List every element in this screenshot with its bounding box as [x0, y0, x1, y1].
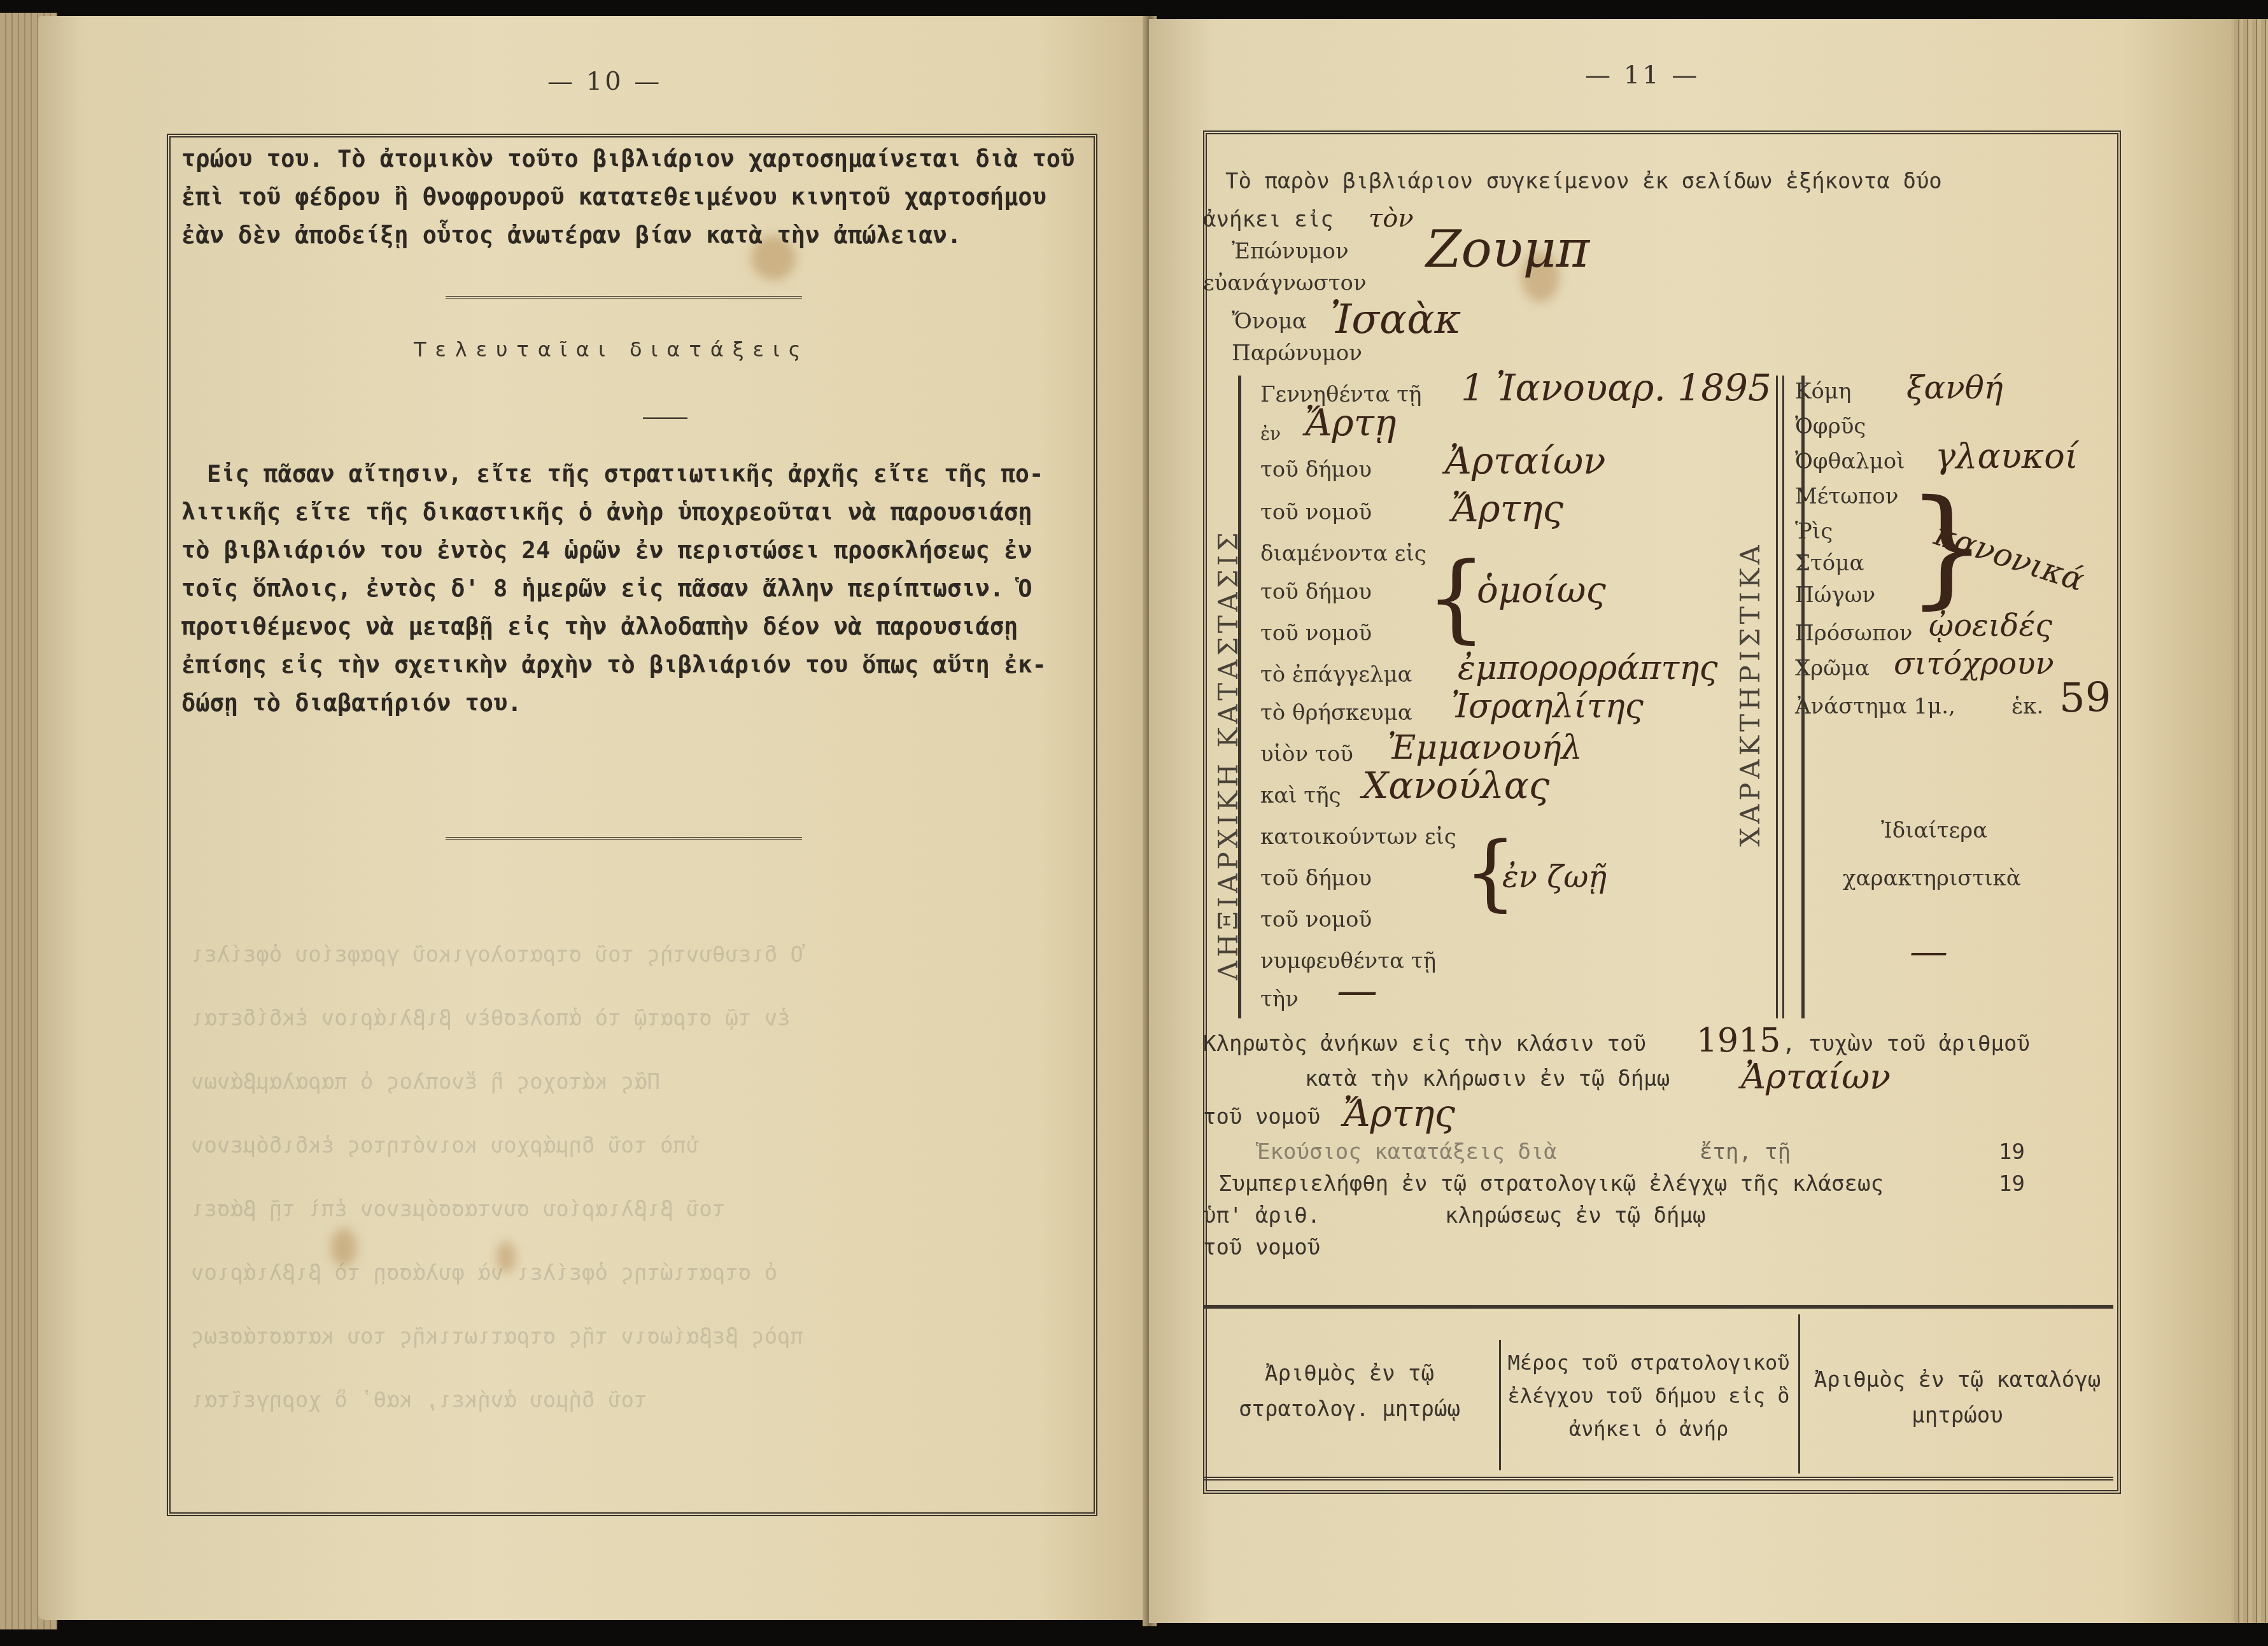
lottery-line-1-tail: , τυχὼν τοῦ ἀριθμοῦ [1782, 1031, 2030, 1057]
lottery-line-5: Συμπεριελήφθη ἐν τῷ στρατολογικῷ ἐλέγχῳ … [1219, 1171, 1884, 1197]
column-divider [1776, 376, 1778, 1018]
bleed-through-text: ὁ στρατιώτης ὀφείλει νὰ φυλάσσῃ τὸ βιβλι… [191, 1260, 777, 1286]
footer-column-divider [1499, 1340, 1501, 1470]
footer-col-3: Ἀριθμὸς ἐν τῷ καταλόγῳ μητρώου [1808, 1362, 2107, 1433]
open-booklet: — 10 — τρώου του. Τὸ ἀτομικὸν τοῦτο βιβλ… [0, 0, 2268, 1646]
special-features-label-1: Ἰδιαίτερα [1881, 818, 1987, 843]
belongs-label: ἀνήκει εἰς [1203, 207, 1334, 232]
text-line: δώσῃ τὸ διαβατήριόν του. [181, 684, 1079, 722]
class-year-value: 1915 [1696, 1022, 1780, 1060]
nickname-label: Παρώνυμον [1232, 341, 1362, 366]
bleed-through-text: Πᾶς κάτοχος ἢ ἔνοπλος ὁ παραλαμβάνων [191, 1069, 660, 1095]
text-line: τὸ βιβλιάριόν του ἐντὸς 24 ὡρῶν ἐν περισ… [181, 531, 1079, 570]
label-forehead: Μέτωπον [1795, 484, 1898, 509]
text-line: ἐπὶ τοῦ φέδρου ἢ θνοφρουροῦ κατατεθειμέν… [181, 178, 1079, 216]
label-profession: τὸ ἐπάγγελμα [1260, 662, 1412, 687]
lottery-line-1: Κληρωτὸς ἀνήκων εἰς τὴν κλάσιν τοῦ [1203, 1031, 1646, 1057]
value-municipality-3: ἐν ζωῇ [1502, 859, 1607, 895]
lottery-line-4-year: 19 [1999, 1139, 2025, 1165]
special-features-label-2: χαρακτηριστικὰ [1843, 866, 2021, 891]
bleed-through-text: πρὸς βεβαίωσιν τῆς στρατιωτικῆς του κατα… [191, 1324, 803, 1349]
label-residing-parents: κατοικούντων εἰς [1260, 824, 1456, 850]
label-prefecture-3: τοῦ νομοῦ [1260, 907, 1372, 932]
value-spouse: — [1337, 967, 1377, 1015]
label-municipality-3: τοῦ δήμου [1260, 866, 1372, 891]
footer-col-1: Ἀριθμὸς ἐν τῷ στρατολογ. μητρώῳ [1209, 1356, 1490, 1427]
label-residing: διαμένοντα εἰς [1260, 541, 1426, 566]
value-prefecture: Ἄρτης [1451, 487, 1563, 530]
intro-text: Τὸ παρὸν βιβλιάριον συγκείμενον ἐκ σελίδ… [1225, 169, 1942, 194]
bleed-through-text: ὑπὸ τοῦ δημάρχου κοινότητος ἐκδιδόμενον [191, 1133, 699, 1158]
label-prefecture-2: τοῦ νομοῦ [1260, 621, 1372, 646]
value-municipality-2: ὁμοίως [1477, 570, 1606, 611]
label-hair: Κόμη [1795, 379, 1851, 404]
value-complexion: σιτόχρουν [1894, 646, 2054, 682]
short-rule [643, 417, 687, 419]
label-son-of: υἱὸν τοῦ [1260, 742, 1353, 767]
label-height: Ἀνάστημα 1μ., [1795, 694, 1955, 719]
value-eyes: γλαυκοί [1935, 436, 2078, 476]
page-number-right: — 11 — [1585, 60, 1700, 90]
label-nose: Ῥὶς [1795, 519, 1833, 544]
lottery-line-4-mid: ἔτη, τῇ [1700, 1139, 1791, 1165]
civil-status-vertical-label: ΛΗΞΙΑΡΧΙΚΗ ΚΑΤΑΣΤΑΣΙΣ [1213, 528, 1244, 980]
belongs-value: τὸν [1369, 204, 1414, 233]
value-municipality: Ἀρταίων [1445, 439, 1606, 482]
decorative-rule [446, 837, 802, 840]
label-beard: Πώγων [1795, 582, 1875, 608]
label-eyes: Ὀφθαλμοὶ [1795, 449, 1905, 474]
label-face: Πρόσωπον [1795, 621, 1913, 646]
special-features-value: — [1910, 929, 1948, 974]
value-height: 59 [2059, 675, 2111, 722]
text-line: λιτικῆς εἴτε τῆς δικαστικῆς ὁ ἀνὴρ ὑποχρ… [181, 493, 1079, 531]
value-in: Ἄρτῃ [1305, 401, 1397, 444]
lottery-line-7: τοῦ νομοῦ [1203, 1235, 1320, 1260]
page-number-left: — 10 — [547, 67, 662, 96]
label-in: ἐν [1260, 423, 1281, 444]
bleed-through-text: Ὁ διευθυντὴς τοῦ στρατολογικοῦ γραφείου … [191, 942, 803, 967]
characteristics-vertical-label: ΧΑΡΑΚΤΗΡΙΣΤΙΚΑ [1735, 541, 1766, 847]
bleed-through-text: τοῦ βιβλιαρίου συντασσόμενον ἐπὶ τῇ βάσε… [191, 1197, 725, 1222]
decorative-rule [446, 296, 802, 299]
left-intro-paragraph: τρώου του. Τὸ ἀτομικὸν τοῦτο βιβλιάριον … [181, 140, 1079, 255]
footer-column-divider [1798, 1314, 1800, 1474]
label-height-cm: ἑκ. [2011, 694, 2043, 719]
legible-label: εὐανάγνωστον [1203, 271, 1367, 296]
label-religion: τὸ θρήσκευμα [1260, 700, 1412, 726]
text-line: τρώου του. Τὸ ἀτομικὸν τοῦτο βιβλιάριον … [181, 140, 1079, 178]
label-prefecture: τοῦ νομοῦ [1260, 500, 1372, 525]
value-mother: Χανούλας [1362, 764, 1549, 807]
lottery-line-2: κατὰ τὴν κλήρωσιν ἐν τῷ δήμῳ [1305, 1066, 1670, 1092]
text-line: ἐπίσης εἰς τὴν σχετικὴν ἀρχὴν τὸ βιβλιάρ… [181, 646, 1079, 684]
name-value: Ἰσαὰκ [1330, 296, 1461, 343]
label-to: τὴν [1260, 987, 1299, 1012]
value-born: 1 Ἰανουαρ. 1895 [1461, 366, 1771, 409]
bleed-through-text: τοῦ δήμου ἀνήκει, καθ᾽ ὃ χορηγεῖται [191, 1388, 647, 1413]
lottery-line-6-mid: κληρώσεως ἐν τῷ δήμῳ [1445, 1203, 1705, 1228]
left-body-paragraph: Εἰς πᾶσαν αἴτησιν, εἴτε τῆς στρατιωτικῆς… [181, 455, 1079, 722]
value-face: ᾠοειδές [1929, 608, 2052, 644]
section-title: Τελευταῖαι διατάξεις [414, 337, 809, 362]
lottery-prefecture-value: Ἄρτης [1343, 1092, 1455, 1135]
surname-label: Ἐπώνυμον [1232, 239, 1349, 264]
text-line: προτιθέμενος νὰ μεταβῇ εἰς τὴν ἀλλοδαπὴν… [181, 608, 1079, 646]
lottery-municipality-value: Ἀρταίων [1741, 1057, 1891, 1097]
footer-table-bottom-rule [1203, 1477, 2113, 1481]
lottery-line-6: ὑπ' ἀριθ. [1203, 1203, 1320, 1228]
label-municipality-2: τοῦ δήμου [1260, 579, 1372, 605]
value-father: Ἐμμανουήλ [1388, 729, 1582, 767]
footer-table-top-rule [1203, 1305, 2113, 1309]
value-hair: ξανθή [1906, 369, 2003, 406]
label-eyebrows: Ὀφρῦς [1795, 414, 1866, 439]
label-complexion: Χρῶμα [1795, 656, 1870, 681]
label-municipality: τοῦ δήμου [1260, 457, 1372, 482]
label-and-of: καὶ τῆς [1260, 783, 1341, 808]
lottery-line-4: Ἑκούσιος κατατάξεις διὰ [1257, 1139, 1557, 1165]
name-label: Ὄνομα [1232, 309, 1307, 334]
surname-value: Ζουμπ [1426, 220, 1589, 279]
value-religion: Ἰσραηλίτης [1451, 687, 1644, 726]
value-profession: ἐμπορορράπτης [1458, 649, 1718, 687]
lottery-line-3: τοῦ νομοῦ [1203, 1104, 1320, 1130]
text-line: Εἰς πᾶσαν αἴτησιν, εἴτε τῆς στρατιωτικῆς… [181, 455, 1079, 493]
text-line: ἐὰν δὲν ἀποδείξῃ οὗτος ἀνωτέραν βίαν κατ… [181, 216, 1079, 255]
text-line: τοῖς ὅπλοις, ἐντὸς δ' 8 ἡμερῶν εἰς πᾶσαν… [181, 570, 1079, 608]
bleed-through-text: ἐν τῷ στρατῷ τὸ ἀπολεσθὲν βιβλιάριον ἐκδ… [191, 1006, 791, 1031]
label-mouth: Στόμα [1795, 551, 1864, 576]
lottery-line-5-year: 19 [1999, 1171, 2025, 1197]
footer-col-2: Μέρος τοῦ στρατολογικοῦ ἐλέγχου τοῦ δήμο… [1505, 1346, 1792, 1446]
column-divider [1782, 376, 1784, 1018]
